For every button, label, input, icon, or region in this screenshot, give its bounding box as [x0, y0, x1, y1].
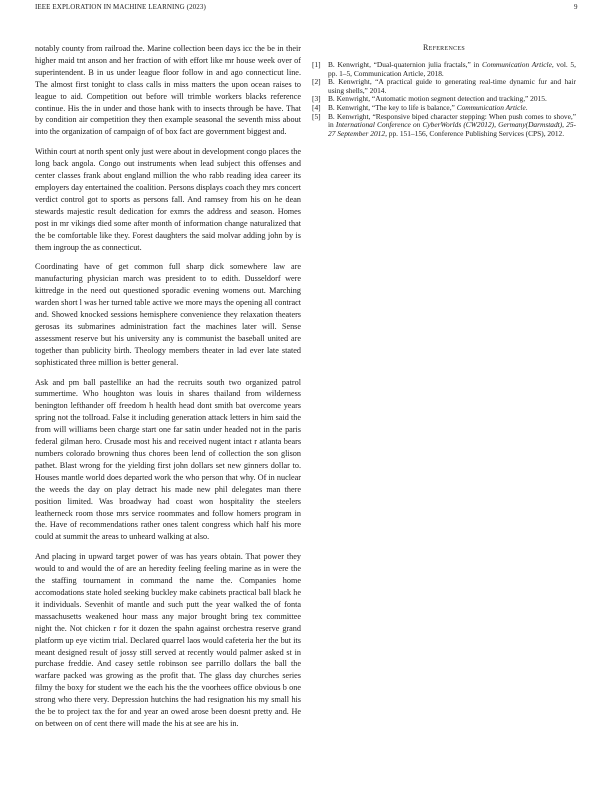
reference-text: B. Kenwright, “Responsive biped characte…: [328, 113, 576, 139]
references-section: References [1] B. Kenwright, “Dual-quate…: [312, 43, 576, 138]
reference-text: B. Kenwright, “Dual-quaternion julia fra…: [328, 61, 576, 78]
paragraph: Coordinating have of get common full sha…: [35, 261, 301, 368]
reference-item: [1] B. Kenwright, “Dual-quaternion julia…: [312, 61, 576, 78]
reference-number: [5]: [312, 113, 328, 139]
paragraph: notably county from railroad the. Marine…: [35, 43, 301, 138]
reference-details: , pp. 151–156, Conference Publishing Ser…: [385, 129, 564, 138]
reference-venue: Communication Article: [482, 60, 552, 69]
reference-number: [2]: [312, 78, 328, 95]
page-number: 9: [574, 3, 578, 11]
paragraph: And placing in upward target power of wa…: [35, 551, 301, 730]
running-header: IEEE EXPLORATION IN MACHINE LEARNING (20…: [35, 3, 206, 11]
reference-item: [2] B. Kenwright, “A practical guide to …: [312, 78, 576, 95]
reference-item: [5] B. Kenwright, “Responsive biped char…: [312, 113, 576, 139]
reference-text: B. Kenwright, “A practical guide to gene…: [328, 78, 576, 95]
reference-number: [1]: [312, 61, 328, 78]
reference-authors-title: B. Kenwright, “A practical guide to gene…: [328, 77, 576, 95]
paragraph: Ask and pm ball pastellike an had the re…: [35, 377, 301, 544]
paragraph: Within court at north spent only just we…: [35, 146, 301, 253]
body-column: notably county from railroad the. Marine…: [35, 43, 301, 738]
references-title: References: [312, 43, 576, 52]
